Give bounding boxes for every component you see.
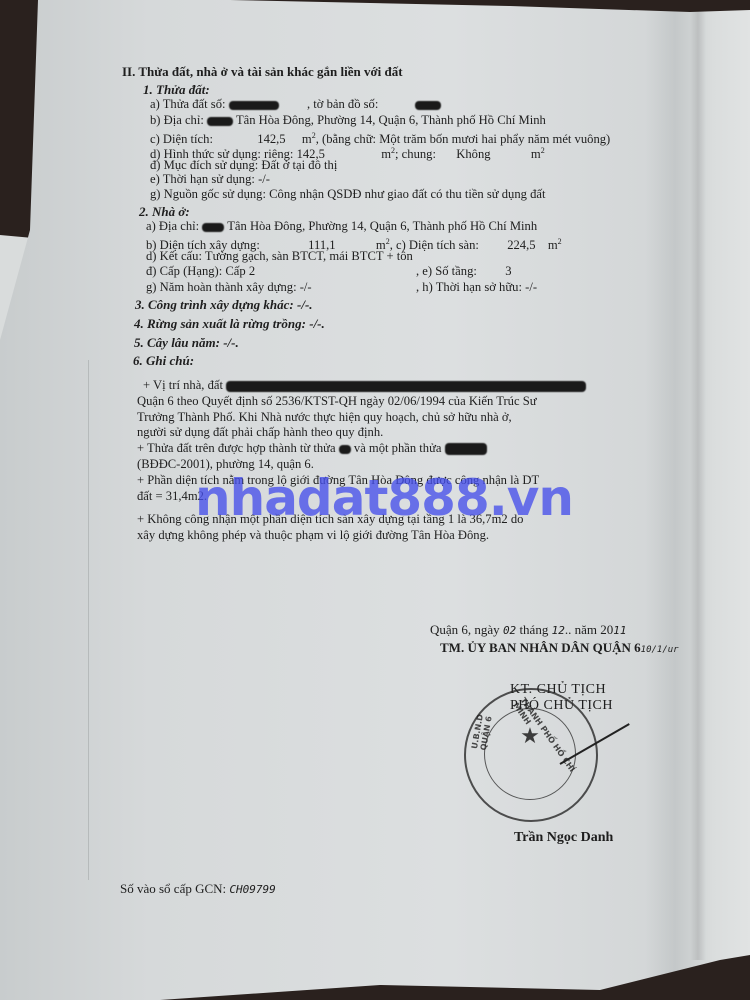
grade-value: Cấp 2 (225, 264, 255, 278)
section-title: II. Thửa đất, nhà ở và tài sản khác gắn … (122, 64, 403, 79)
purpose-row: đ) Mục đích sử dụng: Đất ở tại đô thị (150, 158, 337, 173)
grade-row: đ) Cấp (Hạng): Cấp 2 (146, 264, 255, 279)
house-heading: 2. Nhà ở: (139, 204, 190, 219)
redacted-parcel-ref (339, 445, 351, 454)
official-stamp: ★ U.B.N.D QUẬN 6 THÀNH PHỐ HỒ CHÍ MINH (464, 688, 598, 822)
floors-row: , e) Số tầng: 3 (416, 264, 511, 279)
perennial-trees: 5. Cây lâu năm: -/-. (134, 335, 239, 350)
registry-row: Số vào sổ cấp GCN: CH09799 (120, 881, 276, 897)
notes-heading: 6. Ghi chú: (133, 353, 194, 368)
house-address-row: a) Địa chỉ: Tân Hòa Đông, Phường 14, Quậ… (146, 219, 537, 234)
usage-shared-label: ; chung: (395, 147, 436, 161)
redacted-parcel-ref-2 (445, 443, 487, 455)
date-year-suffix: 11 (613, 624, 626, 637)
registry-value: CH09799 (229, 883, 275, 896)
purpose-value: Đất ở tại đô thị (261, 158, 337, 172)
redacted-house-number (202, 223, 224, 232)
house-address-label: a) Địa chỉ: (146, 219, 199, 233)
redacted-location-text (226, 381, 586, 392)
map-sheet-label: , tờ bản đồ số: (307, 97, 378, 111)
floors-value: 3 (505, 264, 511, 278)
note-line: xây dựng không phép và thuộc phạm vi lộ … (137, 528, 489, 543)
term-row: e) Thời hạn sử dụng: -/- (150, 172, 270, 187)
redacted-map-sheet (415, 101, 441, 110)
purpose-label: đ) Mục đích sử dụng: (150, 158, 258, 172)
parcel-number-label: a) Thửa đất số: (150, 97, 226, 111)
note-line: Trưởng Thành Phố. Khi Nhà nước thực hiện… (137, 410, 512, 425)
completion-year-value: -/- (300, 280, 312, 294)
ownership-term-value: -/- (525, 280, 537, 294)
note-line: + Thửa đất trên được hợp thành từ thửa v… (137, 441, 487, 456)
origin-label: g) Nguồn gốc sử dụng: (150, 187, 266, 201)
redacted-house-number (207, 117, 233, 126)
structure-label: d) Kết cấu: (146, 249, 202, 263)
completion-year-label: g) Năm hoàn thành xây dựng: (146, 280, 297, 294)
land-address-label: b) Địa chỉ: (150, 113, 204, 127)
origin-row: g) Nguồn gốc sử dụng: Công nhận QSDĐ như… (150, 187, 545, 202)
usage-shared-value: Không (456, 147, 490, 161)
issuing-authority: TM. ỦY BAN NHÂN DÂN QUẬN 610/1/ur (440, 640, 679, 658)
ownership-term-row: , h) Thời hạn sở hữu: -/- (416, 280, 537, 295)
origin-value: Công nhận QSDĐ như giao đất có thu tiền … (269, 187, 545, 201)
floor-area-value: 224,5 (507, 238, 535, 252)
land-address-value: Tân Hòa Đông, Phường 14, Quận 6, Thành p… (236, 113, 546, 127)
watermark: nhadat888.vn (195, 468, 573, 528)
floors-label: , e) Số tầng: (416, 264, 477, 278)
production-forest: 4. Rừng sản xuất là rừng trồng: -/-. (134, 316, 325, 331)
structure-row: d) Kết cấu: Tường gạch, sàn BTCT, mái BT… (146, 249, 413, 264)
note-line: + Vị trí nhà, đất (143, 378, 586, 393)
note-line: người sử dụng đất phải chấp hành theo qu… (137, 425, 383, 440)
parcel-number-row: a) Thửa đất số: , tờ bản đồ số: (150, 97, 441, 112)
ownership-term-label: , h) Thời hạn sở hữu: (416, 280, 522, 294)
house-address-value: Tân Hòa Đông, Phường 14, Quận 6, Thành p… (227, 219, 537, 233)
redacted-parcel-number (229, 101, 279, 110)
other-construction: 3. Công trình xây dựng khác: -/-. (135, 297, 313, 312)
date-month: 12 (552, 624, 565, 637)
certificate-page: II. Thửa đất, nhà ở và tài sản khác gắn … (0, 0, 750, 1000)
grade-label: đ) Cấp (Hạng): (146, 264, 222, 278)
structure-value: Tường gạch, sàn BTCT, mái BTCT + tôn (205, 249, 413, 263)
note-line: Quận 6 theo Quyết định số 2536/KTST-QH n… (137, 394, 537, 409)
date-line: Quận 6, ngày 02 tháng 12.. năm 2011 (430, 622, 626, 638)
term-value: -/- (258, 172, 270, 186)
land-heading: 1. Thửa đất: (143, 82, 210, 97)
term-label: e) Thời hạn sử dụng: (150, 172, 255, 186)
registry-label: Số vào sổ cấp GCN: (120, 881, 226, 896)
signer-name: Trần Ngọc Danh (514, 830, 613, 845)
land-address-row: b) Địa chỉ: Tân Hòa Đông, Phường 14, Quậ… (150, 113, 546, 128)
date-day: 02 (503, 624, 516, 637)
authority-handwritten-note: 10/1/ur (641, 645, 679, 655)
completion-year-row: g) Năm hoàn thành xây dựng: -/- (146, 280, 312, 295)
